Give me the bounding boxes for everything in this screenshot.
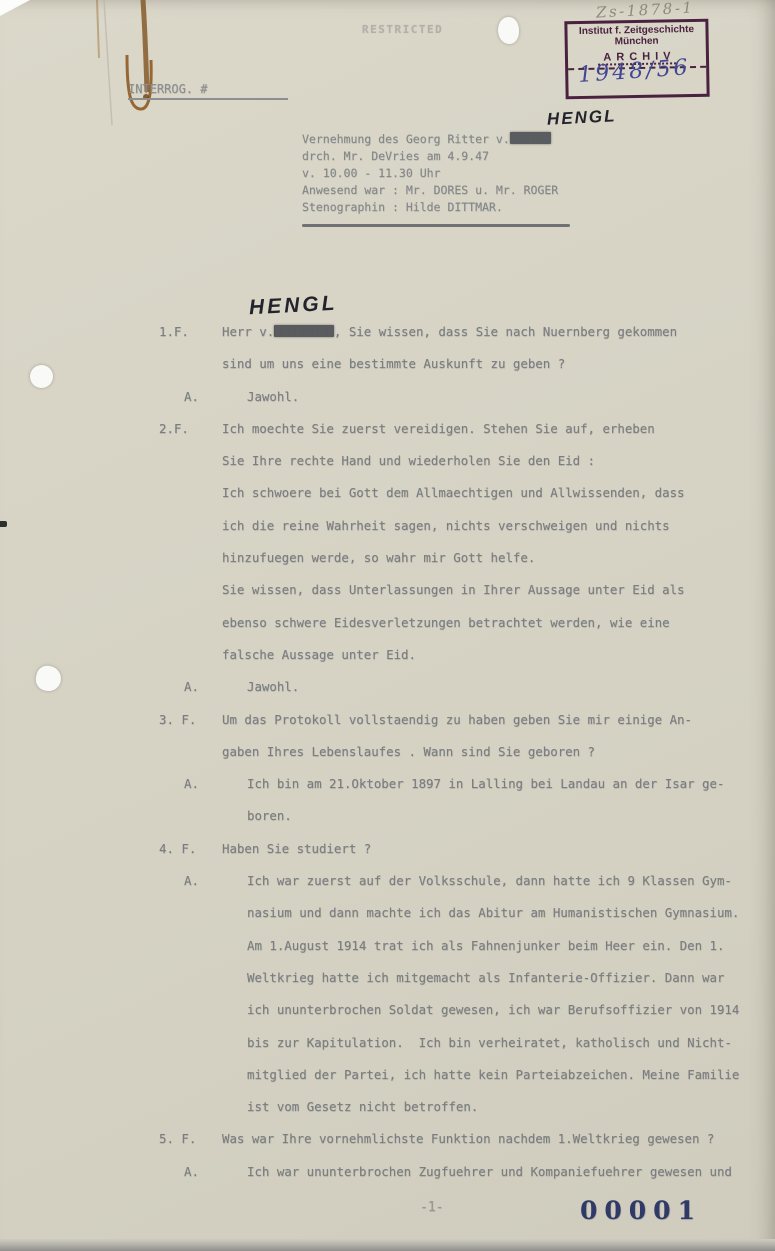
punch-hole [30, 365, 53, 388]
qa-label [155, 445, 222, 477]
transcript-line: bis zur Kapitulation. Ich bin verheirate… [247, 1027, 760, 1059]
transcript-line: Jawohl. [247, 671, 760, 703]
transcript-line: Ich schwoere bei Gott dem Allmaechtigen … [222, 477, 760, 509]
transcript-line: Ich war zuerst auf der Volksschule, dann… [247, 865, 760, 897]
transcript-row: Am 1.August 1914 trat ich als Fahnenjunk… [155, 930, 760, 962]
transcript-line: sind um uns eine bestimmte Auskunft zu g… [222, 348, 760, 380]
transcript-row: mitglied der Partei, ich hatte kein Part… [155, 1059, 760, 1091]
qa-label [155, 607, 222, 639]
page-number: -1- [420, 1200, 443, 1215]
transcript-line: ich ununterbrochen Soldat gewesen, ich w… [247, 994, 760, 1026]
interrog-label: INTERROG. # [128, 82, 288, 100]
qa-label [155, 1027, 247, 1059]
qa-label: A. [155, 381, 247, 413]
header-line: drch. Mr. DeVries am 4.9.47 [302, 148, 558, 165]
qa-label: A. [155, 768, 247, 800]
transcript-row: A.Jawohl. [155, 671, 760, 703]
transcript-line: boren. [247, 800, 760, 832]
transcript-row: 5. F.Was war Ihre vornehmlichste Funktio… [155, 1123, 760, 1155]
transcript-row: A.Ich war ununterbrochen Zugfuehrer und … [155, 1156, 760, 1188]
qa-label [155, 477, 222, 509]
qa-label [155, 1091, 247, 1123]
qa-label [155, 639, 222, 671]
transcript-row: 4. F.Haben Sie studiert ? [155, 833, 760, 865]
qa-label: 1.F. [155, 316, 222, 348]
transcript-line: Haben Sie studiert ? [222, 833, 760, 865]
transcript-line: gaben Ihres Lebenslaufes . Wann sind Sie… [222, 736, 760, 768]
transcript-row: A.Ich bin am 21.Oktober 1897 in Lalling … [155, 768, 760, 800]
transcript-line: Sie Ihre rechte Hand und wiederholen Sie… [222, 445, 760, 477]
transcript-line: Ich bin am 21.Oktober 1897 in Lalling be… [247, 768, 760, 800]
transcript-line: ist vom Gesetz nicht betroffen. [247, 1091, 760, 1123]
qa-label: 4. F. [155, 833, 222, 865]
qa-label [155, 1059, 247, 1091]
transcript-row: 3. F.Um das Protokoll vollstaendig zu ha… [155, 704, 760, 736]
transcript-row: Weltkrieg hatte ich mitgemacht als Infan… [155, 962, 760, 994]
transcript-line: Was war Ihre vornehmlichste Funktion nac… [222, 1123, 760, 1155]
transcript-row: 2.F.Ich moechte Sie zuerst vereidigen. S… [155, 413, 760, 445]
header-line: Vernehmung des Georg Ritter v.██████ [302, 131, 558, 148]
archive-stamp: Institut f. Zeitgeschichte München ARCHI… [564, 19, 709, 100]
qa-label [155, 348, 222, 380]
document-number-stamp: 00001 [580, 1196, 702, 1225]
scan-edge-mark [0, 521, 7, 527]
qa-label: 2.F. [155, 413, 222, 445]
qa-label: 3. F. [155, 704, 222, 736]
transcript-row: Sie wissen, dass Unterlassungen in Ihrer… [155, 574, 760, 606]
qa-label [155, 930, 247, 962]
scan-bottom-edge [0, 1239, 775, 1251]
transcript-row: A.Ich war zuerst auf der Volksschule, da… [155, 865, 760, 897]
header-line: Anwesend war : Mr. DORES u. Mr. ROGER [302, 182, 558, 199]
redaction-bar: ██████ [510, 132, 552, 144]
transcript-row: ich die reine Wahrheit sagen, nichts ver… [155, 510, 760, 542]
header-line: Stenographin : Hilde DITTMAR. [302, 199, 558, 216]
transcript-row: nasium und dann machte ich das Abitur am… [155, 897, 760, 929]
transcript-line: Ich moechte Sie zuerst vereidigen. Stehe… [222, 413, 760, 445]
transcript-row: falsche Aussage unter Eid. [155, 639, 760, 671]
staple-rust-mark [0, 0, 200, 140]
transcript-line: Am 1.August 1914 trat ich als Fahnenjunk… [247, 930, 760, 962]
transcript-line: mitglied der Partei, ich hatte kein Part… [247, 1059, 760, 1091]
transcript-row: ist vom Gesetz nicht betroffen. [155, 1091, 760, 1123]
punch-hole [498, 17, 519, 44]
qa-label: A. [155, 671, 247, 703]
transcript-row: A.Jawohl. [155, 381, 760, 413]
qa-label [155, 736, 222, 768]
header-block: Vernehmung des Georg Ritter v.██████drch… [302, 131, 558, 216]
qa-label [155, 574, 222, 606]
transcript-row: ich ununterbrochen Soldat gewesen, ich w… [155, 994, 760, 1026]
qa-label [155, 962, 247, 994]
redaction-bar: ████████ [274, 325, 334, 337]
transcript-line: Um das Protokoll vollstaendig zu haben g… [222, 704, 760, 736]
transcript-row: 1.F.Herr v.████████, Sie wissen, dass Si… [155, 316, 760, 348]
transcript-line: Weltkrieg hatte ich mitgemacht als Infan… [247, 962, 760, 994]
transcript-row: sind um uns eine bestimmte Auskunft zu g… [155, 348, 760, 380]
qa-label [155, 897, 247, 929]
transcript-row: Ich schwoere bei Gott dem Allmaechtigen … [155, 477, 760, 509]
qa-label [155, 994, 247, 1026]
qa-label [155, 510, 222, 542]
qa-label: A. [155, 1156, 247, 1188]
transcript-line: Sie wissen, dass Unterlassungen in Ihrer… [222, 574, 760, 606]
scanned-document-page: RESTRICTED Zs-1878-1 Institut f. Zeitges… [0, 0, 775, 1251]
qa-label [155, 800, 247, 832]
header-underline [302, 224, 570, 227]
transcript-row: ebenso schwere Eidesverletzungen betrach… [155, 607, 760, 639]
transcript-line: Herr v.████████, Sie wissen, dass Sie na… [222, 316, 760, 348]
qa-label [155, 542, 222, 574]
transcript-row: hinzufuegen werde, so wahr mir Gott helf… [155, 542, 760, 574]
transcript-row: boren. [155, 800, 760, 832]
qa-label: 5. F. [155, 1123, 222, 1155]
transcript-row: bis zur Kapitulation. Ich bin verheirate… [155, 1027, 760, 1059]
transcript-line: Ich war ununterbrochen Zugfuehrer und Ko… [247, 1156, 760, 1188]
transcript-line: nasium und dann machte ich das Abitur am… [247, 897, 760, 929]
transcript-line: hinzufuegen werde, so wahr mir Gott helf… [222, 542, 760, 574]
transcript-row: Sie Ihre rechte Hand und wiederholen Sie… [155, 445, 760, 477]
header-line: v. 10.00 - 11.30 Uhr [302, 165, 558, 182]
qa-label: A. [155, 865, 247, 897]
transcript-line: ebenso schwere Eidesverletzungen betrach… [222, 607, 760, 639]
transcript: 1.F.Herr v.████████, Sie wissen, dass Si… [155, 316, 760, 1188]
transcript-line: ich die reine Wahrheit sagen, nichts ver… [222, 510, 760, 542]
restricted-stamp: RESTRICTED [362, 23, 443, 36]
transcript-line: Jawohl. [247, 381, 760, 413]
handwritten-name-header: HENGL [547, 106, 617, 130]
transcript-line: falsche Aussage unter Eid. [222, 639, 760, 671]
transcript-row: gaben Ihres Lebenslaufes . Wann sind Sie… [155, 736, 760, 768]
